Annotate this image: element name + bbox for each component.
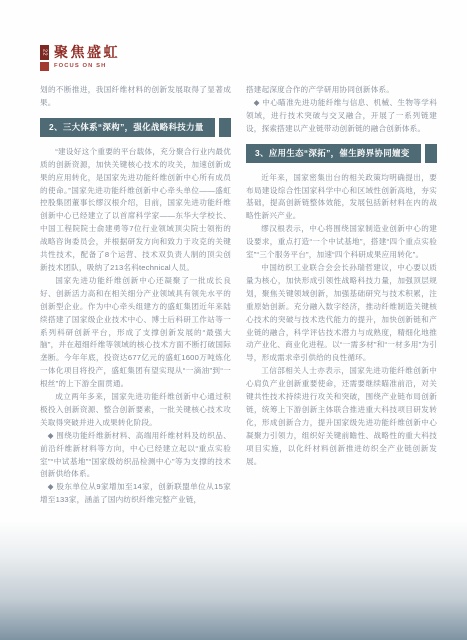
magazine-page: 22 聚焦盛虹 FOCUS ON SH 划的不断推进，我国纤维材料的创新发展取得…	[0, 0, 467, 640]
paragraph: 缪汉根表示，中心将围绕国家制造业创新中心的建设要求，重点打造“一个中试基地”，搭…	[246, 223, 437, 262]
bullet-item: ◆ 围绕功能纤维新材料、高端用纤维材料及纺织品、前沿纤维新材料等方向，中心已经建…	[40, 430, 231, 482]
logo-square-icon	[40, 62, 49, 71]
section-header-tab-icon	[425, 144, 437, 163]
paragraph: 工信部相关人士亦表示，国家先进功能纤维创新中心肩负产业创新重要使命，还需要继续瞄…	[246, 365, 437, 468]
magazine-title: 聚焦盛虹	[54, 45, 120, 60]
section-header-3: 3、应用生态“深拓”，催生跨界协同嬗变	[246, 144, 437, 163]
page-number-badge: 22	[40, 45, 49, 60]
paragraph-continuation: 划的不断推进，我国纤维材料的创新发展取得了显著成果。	[40, 84, 231, 110]
paragraph-continuation: 搭建起深度合作的产学研用协同创新体系。	[246, 84, 437, 97]
logo-marks: 22	[40, 45, 49, 71]
paragraph: 近年来，国家密集出台的相关政策均明确提出，要布局建设综合性国家科学中心和区域性创…	[246, 172, 437, 224]
magazine-logo: 22 聚焦盛虹 FOCUS ON SH	[40, 45, 120, 71]
paragraph: “建设好这个重要的平台载体，充分聚合行业内最优质的创新资源，加快关键核心技术的攻…	[40, 146, 231, 275]
paragraph: 中国纺织工业联合会会长孙瑞哲建议，中心要以质量为核心，加快形成引领性战略科技力量…	[246, 262, 437, 365]
footer-gradient-band	[0, 520, 467, 640]
section-2-title: 2、三大体系“深构”，强化战略科技力量	[40, 118, 215, 137]
section-3-title: 3、应用生态“深拓”，催生跨界协同嬗变	[246, 144, 421, 163]
left-column: 划的不断推进，我国纤维材料的创新发展取得了显著成果。 2、三大体系“深构”，强化…	[40, 84, 231, 507]
right-column: 搭建起深度合作的产学研用协同创新体系。 ◆ 中心瞄准先进功能纤维与信息、机械、生…	[246, 84, 437, 468]
paragraph: 成立两年多来，国家先进功能纤维创新中心通过积极投入创新资源、整合创新要素，一批关…	[40, 391, 231, 430]
section-header-tab-icon	[219, 118, 231, 137]
logo-text: 聚焦盛虹 FOCUS ON SH	[54, 45, 120, 69]
magazine-subtitle: FOCUS ON SH	[54, 63, 120, 69]
bullet-item: ◆ 股东单位从9家增加至14家，创新联盟单位从15家增至133家，涵盖了国内纺织…	[40, 481, 231, 507]
paragraph: 国家先进功能纤维创新中心还凝聚了一批成长良好、创新活力高和在相关细分产业领域具有…	[40, 275, 231, 391]
bullet-item: ◆ 中心瞄准先进功能纤维与信息、机械、生物等学科领域，进行技术突破与交叉融合，开…	[246, 97, 437, 136]
section-header-2: 2、三大体系“深构”，强化战略科技力量	[40, 118, 231, 137]
page-number: 22	[42, 49, 48, 56]
